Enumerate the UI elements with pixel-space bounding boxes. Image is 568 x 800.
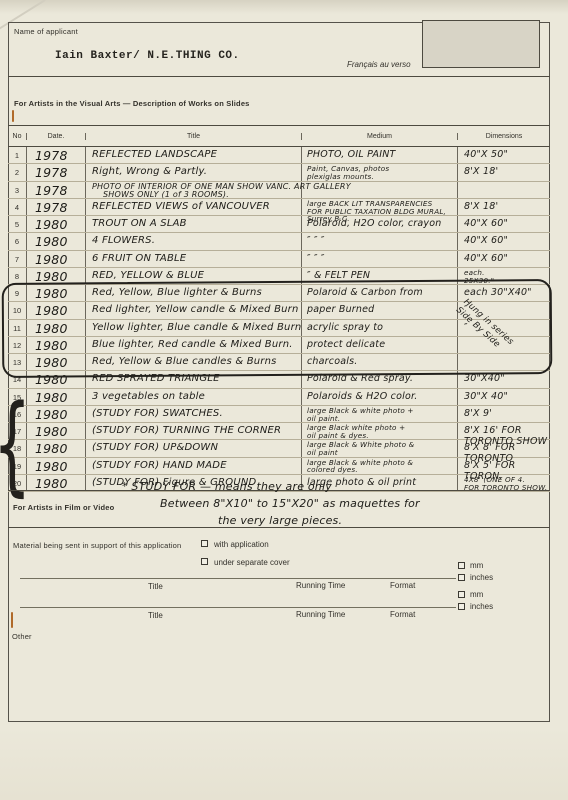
row-dimensions: 40"X 50" [458,147,550,163]
table-row: 17 1980 (STUDY FOR) TURNING THE CORNER l… [8,423,550,440]
inches-label-2: inches [470,602,493,611]
title-label-1: Title [148,582,163,591]
row-number: 8 [8,268,27,284]
film-video-section-label: For Artists in Film or Video [13,503,114,512]
row-date: 1978 [27,164,86,180]
table-row: 3 1978 PHOTO OF INTERIOR OF ONE MAN SHOW… [8,182,550,199]
row-date: 1980 [27,320,86,336]
row-date: 1980 [27,302,86,318]
row-medium: Polaroid & Carbon from [302,285,458,301]
row-medium: Paint, Canvas, photos plexiglas mounts. [302,164,458,180]
col-header-dimensions: Dimensions [458,133,550,140]
row-title: 3 vegetables on table [86,389,302,405]
row-dimensions: 8'X 9' [458,406,550,422]
under-separate-cover-label: under separate cover [214,558,290,567]
row-number: 13 [8,354,27,370]
row-date: 1980 [27,440,86,456]
table-row: 14 1980 RED SPRAYED TRIANGLE Polaroid & … [8,371,550,388]
mm-label-2: mm [470,590,483,599]
name-of-applicant-label: Name of applicant [14,27,78,36]
row-title: Blue lighter, Red candle & Mixed Burn. [86,337,302,353]
francais-au-verso-label: Français au verso [347,60,411,69]
table-row: 18 1980 (STUDY FOR) UP&DOWN large Black … [8,440,550,457]
col-header-medium: Medium [302,133,458,140]
row-dimensions: 40"X 60" [458,251,550,267]
table-row: 19 1980 (STUDY FOR) HAND MADE large Blac… [8,458,550,475]
row-title: 6 FRUIT ON TABLE [86,251,302,267]
row-date: 1978 [27,147,86,163]
mm-checkbox-2 [458,591,465,598]
row-number: 7 [8,251,27,267]
row-date: 1980 [27,389,86,405]
scanned-application-form: Name of applicant Iain Baxter/ N.E.THING… [0,0,568,800]
row-date: 1980 [27,371,86,387]
table-row: 6 1980 4 FLOWERS. ″ ″ ″ 40"X 60" [8,233,550,250]
table-row: 13 1980 Red, Yellow & Blue candles & Bur… [8,354,550,371]
row-medium: Polaroids & H2O color. [302,389,458,405]
row-date: 1980 [27,268,86,284]
row-medium: PHOTO, OIL PAINT [302,147,458,163]
table-row: 12 1980 Blue lighter, Red candle & Mixed… [8,337,550,354]
running-time-label-2: Running Time [296,610,345,619]
row-dimensions: 40"X 60" [458,233,550,249]
row-medium: acrylic spray to [302,320,458,336]
row-number: 10 [8,302,27,318]
mm-checkbox-1 [458,562,465,569]
mm-label-1: mm [470,561,483,570]
row-title: (STUDY FOR) UP&DOWN [86,440,302,456]
row-title: (STUDY FOR) TURNING THE CORNER [86,423,302,439]
row-dimensions [458,354,550,370]
row-number: 19 [8,458,27,474]
row-dimensions: 8'X 18' [458,164,550,180]
row-number: 17 [8,423,27,439]
row-date: 1978 [27,182,86,198]
row-title: Red, Yellow, Blue lighter & Burns [86,285,302,301]
row-date: 1980 [27,475,86,491]
row-medium: charcoals. [302,354,458,370]
row-dimensions: 30"X40" [458,371,550,387]
row-medium: large Black & white photo & colored dyes… [302,458,458,474]
row-date: 1980 [27,458,86,474]
row-dimensions: each. 25X30." [458,268,550,284]
row-dimensions: 8'X 16' FOR TORONTO SHOW [458,423,550,439]
format-label-1: Format [390,581,415,590]
slides-section-title: For Artists in the Visual Arts — Descrip… [14,99,250,108]
row-number: 3 [8,182,27,198]
row-number: 15 [8,389,27,405]
row-dimensions: 40"X 60" [458,216,550,232]
row-medium: ″ & FELT PEN [302,268,458,284]
title-label-2: Title [148,611,163,620]
row-number: 4 [8,199,27,215]
row-number: 1 [8,147,27,163]
row-title: PHOTO OF INTERIOR OF ONE MAN SHOW VANC. … [86,182,302,198]
ink-mark [11,612,13,628]
row-title: REFLECTED VIEWS of VANCOUVER [86,199,302,215]
material-sent-label: Material being sent in support of this a… [13,541,181,550]
table-row: 1 1978 REFLECTED LANDSCAPE PHOTO, OIL PA… [8,147,550,164]
row-number: 20 [8,475,27,491]
row-number: 9 [8,285,27,301]
row-medium: ″ ″ ″ [302,251,458,267]
row-title: Red, Yellow & Blue candles & Burns [86,354,302,370]
row-date: 1978 [27,199,86,215]
col-header-title: Title [86,133,302,140]
row-date: 1980 [27,337,86,353]
section-divider [8,76,550,77]
with-application-checkbox [201,540,208,547]
row-medium: large Black white photo + oil paint & dy… [302,423,458,439]
film-section-divider [8,527,550,528]
table-row: 15 1980 3 vegetables on table Polaroids … [8,389,550,406]
row-number: 18 [8,440,27,456]
row-dimensions [458,182,550,198]
row-date: 1980 [27,216,86,232]
row-date: 1980 [27,354,86,370]
row-medium: large Black & White photo & oil paint [302,440,458,456]
row-medium: Polaroid & Red spray. [302,371,458,387]
media-entry-line-2 [20,607,456,608]
row-dimensions: 8'X 8' FOR TORONTO [458,440,550,456]
row-medium: protect delicate [302,337,458,353]
row-title: RED SPRAYED TRIANGLE [86,371,302,387]
row-title: Right, Wrong & Partly. [86,164,302,180]
inches-checkbox-1 [458,574,465,581]
inches-checkbox-2 [458,603,465,610]
row-title: RED, YELLOW & BLUE [86,268,302,284]
row-date: 1980 [27,251,86,267]
row-medium: ″ ″ ″ [302,233,458,249]
row-title: REFLECTED LANDSCAPE [86,147,302,163]
table-row: 16 1980 (STUDY FOR) SWATCHES. large Blac… [8,406,550,423]
row-date: 1980 [27,406,86,422]
col-header-no: No [8,133,27,140]
row-dimensions: each 30"X40" [458,285,550,301]
row-title: 4 FLOWERS. [86,233,302,249]
row-number: 12 [8,337,27,353]
under-separate-cover-checkbox [201,558,208,565]
with-application-label: with application [214,540,269,549]
row-title: (STUDY FOR) SWATCHES. [86,406,302,422]
table-row: 8 1980 RED, YELLOW & BLUE ″ & FELT PEN e… [8,268,550,285]
row-number: 6 [8,233,27,249]
row-dimensions: 8'X 18' [458,199,550,215]
row-number: 14 [8,371,27,387]
row-medium: large BACK LIT TRANSPARENCIES FOR PUBLIC… [302,199,458,215]
row-title: Yellow lighter, Blue candle & Mixed Burn [86,320,302,336]
row-date: 1980 [27,233,86,249]
media-entry-line-1 [20,578,456,579]
ink-mark [12,110,14,122]
row-dimensions: 8'X 5' FOR TORON. [458,458,550,474]
row-number: 11 [8,320,27,336]
row-number: 16 [8,406,27,422]
row-medium: large Black & white photo + oil paint. [302,406,458,422]
row-number: 5 [8,216,27,232]
row-title: TROUT ON A SLAB [86,216,302,232]
row-dimensions: 30"X 40" [458,389,550,405]
format-label-2: Format [390,610,415,619]
row-title: Red lighter, Yellow candle & Mixed Burn [86,302,302,318]
table-row: 2 1978 Right, Wrong & Partly. Paint, Can… [8,164,550,181]
table-header-row: No Date. Title Medium Dimensions [8,125,550,147]
other-label: Other [12,632,32,641]
table-row: 5 1980 TROUT ON A SLAB Polaroid, H2O col… [8,216,550,233]
row-date: 1980 [27,285,86,301]
row-date: 1980 [27,423,86,439]
running-time-label-1: Running Time [296,581,345,590]
office-use-gray-box [422,20,540,68]
table-row: 4 1978 REFLECTED VIEWS of VANCOUVER larg… [8,199,550,216]
applicant-name-value: Iain Baxter/ N.E.THING CO. [55,50,240,62]
table-row: 7 1980 6 FRUIT ON TABLE ″ ″ ″ 40"X 60" [8,251,550,268]
inches-label-1: inches [470,573,493,582]
row-medium: Polaroid, H2O color, crayon [302,216,458,232]
row-title: (STUDY FOR) HAND MADE [86,458,302,474]
col-header-date: Date. [27,133,86,140]
row-number: 2 [8,164,27,180]
study-for-note: * STUDY FOR — means they are only Betwee… [122,478,542,529]
row-medium: paper Burned [302,302,458,318]
